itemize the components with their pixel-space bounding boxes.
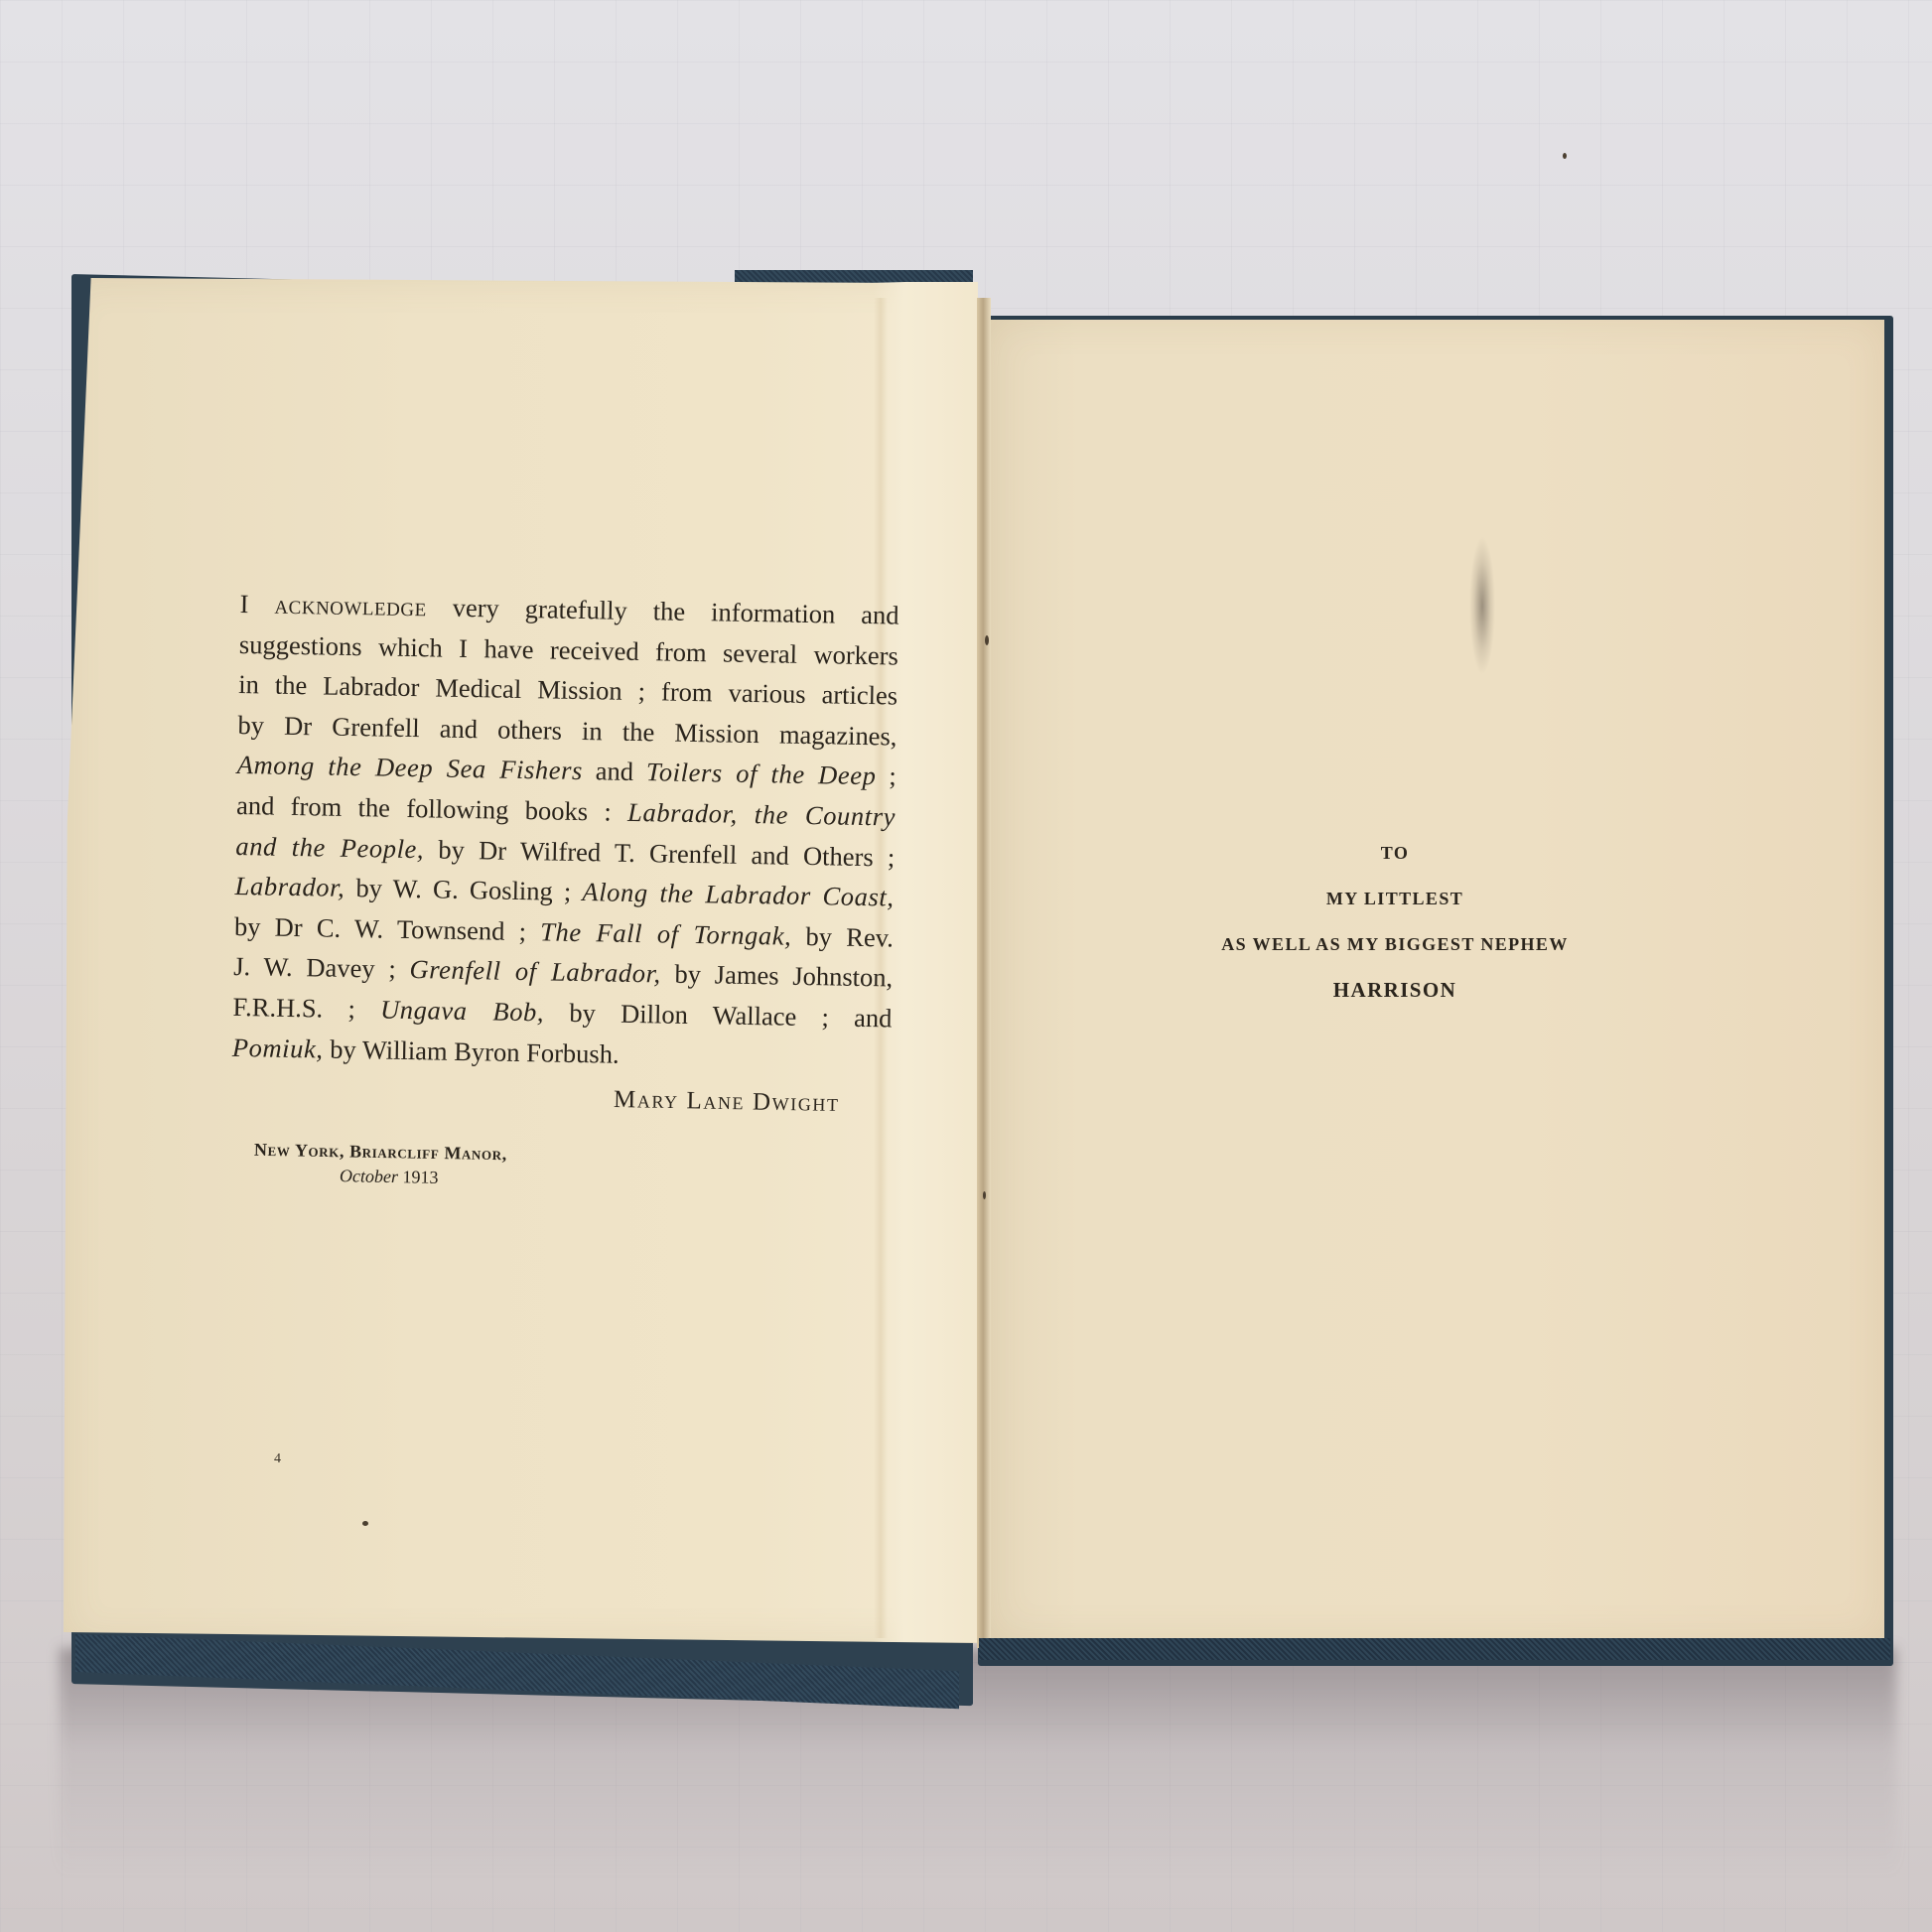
book-title: Toilers of the Deep xyxy=(646,758,877,791)
place-line: New York, Briarcliff Manor, xyxy=(254,1140,507,1165)
page-number: 4 xyxy=(274,1451,281,1467)
table-speck xyxy=(1563,153,1567,159)
text-segment: by Dr Wilfred T. Grenfell and Others ; xyxy=(424,834,896,872)
text-segment: suggestions which I have received from s… xyxy=(239,629,898,671)
text-segment: by Dr Grenfell and others in the Mission… xyxy=(237,710,897,752)
gutter-thread xyxy=(983,1191,986,1199)
book-title: Among the Deep Sea Fishers xyxy=(237,750,584,785)
acknowledgement-paragraph: I acknowledge very gratefully the inform… xyxy=(231,584,898,1079)
text-segment: and xyxy=(583,756,647,786)
author-signature: Mary Lane Dwight xyxy=(614,1086,840,1118)
text-segment: F.R.H.S. ; xyxy=(232,992,380,1025)
book-title: Along the Labrador Coast, xyxy=(582,877,895,911)
text-segment: in the Labrador Medical Mission ; from v… xyxy=(238,669,897,711)
book-title: and the People, xyxy=(235,831,424,864)
book-gutter xyxy=(977,298,991,1648)
dedication-line-to: TO xyxy=(1142,830,1648,876)
text-segment: by James Johnston, xyxy=(661,959,894,993)
book-title: Labrador, the Country xyxy=(627,797,896,832)
text-segment: by Dillon Wallace ; and xyxy=(544,997,893,1033)
dedication-line-name: HARRISON xyxy=(1142,967,1648,1013)
dedication-line-biggest-nephew: AS WELL AS MY BIGGEST NEPHEW xyxy=(1142,921,1648,967)
dedication-block: TO MY LITTLEST AS WELL AS MY BIGGEST NEP… xyxy=(1142,830,1648,1013)
date-month: October xyxy=(340,1166,398,1186)
text-segment: ; xyxy=(876,761,897,791)
book-title: The Fall of Torngak, xyxy=(540,916,792,950)
book-title: Grenfell of Labrador, xyxy=(409,954,661,988)
book-title: Ungava Bob, xyxy=(380,994,545,1027)
book-title: Pomiuk, xyxy=(232,1032,324,1063)
text-segment: by W. G. Gosling ; xyxy=(345,873,583,906)
date-year: 1913 xyxy=(402,1167,438,1187)
text-segment: J. W. Davey ; xyxy=(233,951,410,984)
text-segment: I xyxy=(239,589,274,620)
text-segment: by William Byron Forbush. xyxy=(323,1034,620,1068)
text-segment: by Rev. xyxy=(791,920,894,952)
book-cover-bottom-right-edge xyxy=(979,1638,1890,1660)
text-segment: and from the following books : xyxy=(236,790,628,827)
paper-stain xyxy=(1469,536,1495,675)
book-title: Labrador, xyxy=(234,871,345,902)
paper-speck xyxy=(362,1521,368,1526)
dedication-line-littlest: MY LITTLEST xyxy=(1142,876,1648,921)
gutter-thread xyxy=(985,635,989,645)
text-segment: very gratefully the information and xyxy=(426,592,898,629)
text-segment: acknowledge xyxy=(274,590,427,622)
date-line: October 1913 xyxy=(340,1166,439,1188)
text-segment: by Dr C. W. Townsend ; xyxy=(234,911,541,946)
